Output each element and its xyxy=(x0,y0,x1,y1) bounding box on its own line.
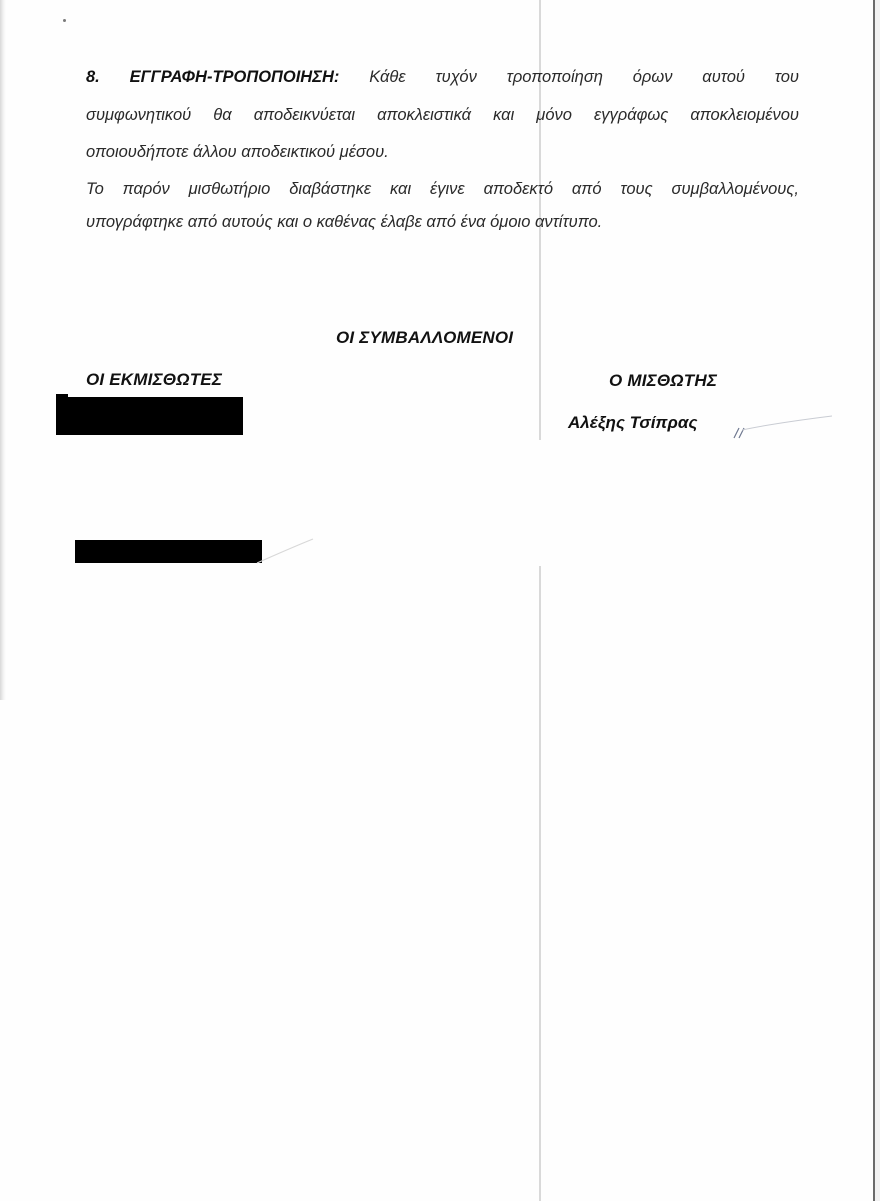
lessors-heading: ΟΙ ΕΚΜΙΣΘΩΤΕΣ xyxy=(86,370,222,390)
scanned-document-page: 8. ΕΓΓΡΑΦΗ-ΤΡΟΠΟΠΟΙΗΣΗ: Κάθε τυχόν τροπο… xyxy=(0,0,880,1201)
clause-8-line-3: οποιουδήποτε άλλου αποδεικτικού μέσου. xyxy=(86,143,799,162)
closing-line-1: Το παρόν μισθωτήριο διαβάστηκε και έγινε… xyxy=(86,180,799,199)
lessee-name: Αλέξης Τσίπρας xyxy=(568,413,697,433)
lessee-heading: Ο ΜΙΣΘΩΤΗΣ xyxy=(609,371,717,391)
signature-stroke-icon xyxy=(720,408,835,443)
parties-heading: ΟΙ ΣΥΜΒΑΛΛΟΜΕΝΟΙ xyxy=(336,328,513,348)
clause-title: 8. ΕΓΓΡΑΦΗ-ΤΡΟΠΟΠΟΙΗΣΗ: xyxy=(86,68,339,86)
fold-line-bottom xyxy=(539,566,541,1201)
clause-8-line-1: 8. ΕΓΓΡΑΦΗ-ΤΡΟΠΟΠΟΙΗΣΗ: Κάθε τυχόν τροπο… xyxy=(86,68,799,87)
redacted-lessor-name-2 xyxy=(75,540,262,563)
page-left-edge-shadow xyxy=(0,0,6,700)
scan-speck xyxy=(63,19,66,22)
page-right-edge xyxy=(873,0,875,1201)
closing-line-2: υπογράφτηκε από αυτούς και ο καθένας έλα… xyxy=(86,213,799,232)
pen-mark-icon xyxy=(255,535,315,565)
redacted-lessor-name-1 xyxy=(56,397,243,435)
clause-text: Κάθε τυχόν τροποποίηση όρων αυτού του xyxy=(369,68,799,86)
clause-8-line-2: συμφωνητικού θα αποδεικνύεται αποκλειστι… xyxy=(86,106,799,125)
page-outside-margin xyxy=(875,0,880,1201)
